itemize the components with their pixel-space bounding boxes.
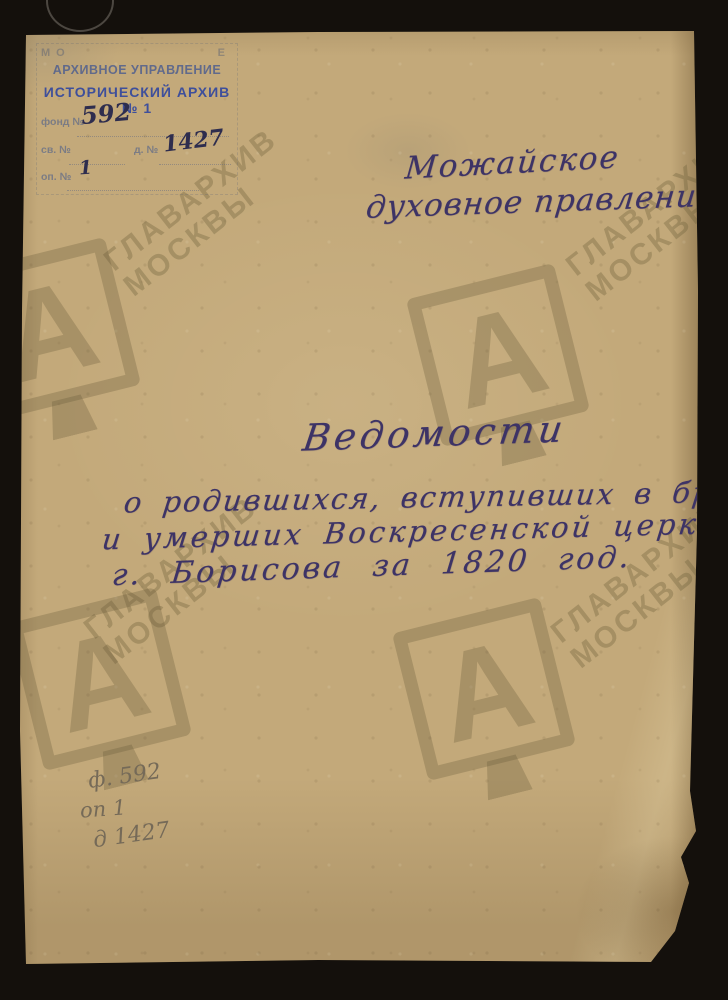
paper-cover: ГЛАВАРХИВ МОСКВЫ ГЛАВАРХИВ МОСКВЫ ГЛАВАР… — [18, 31, 698, 965]
stamp-line1: АРХИВНОЕ УПРАВЛЕНИЕ — [37, 63, 237, 77]
stamp-faded-right: Е — [218, 47, 231, 59]
pencil-delo-note: д 1427 — [92, 818, 172, 853]
stamp-svyazka-line — [69, 163, 125, 165]
stamp-line2: ИСТОРИЧЕСКИЙ АРХИВ № 1 — [37, 84, 237, 116]
stamp-faded-left: МО — [41, 47, 71, 59]
pencil-opis-note: оп 1 — [79, 795, 127, 822]
stamp-delo-label: д. № — [134, 144, 158, 156]
stamp-fond-value: 592 — [80, 97, 132, 130]
stamp-svyazka-label: св. № — [41, 144, 71, 156]
pencil-fond-note: ф. 592 — [87, 759, 163, 794]
stamp-delo-line — [159, 163, 231, 165]
scanner-arc-artifact — [46, 0, 114, 32]
stamp-opis-label: оп. № — [41, 171, 71, 183]
stamp-opis-value: 1 — [78, 157, 93, 180]
heading-line1: Можайское — [404, 139, 622, 186]
stamp-fond-label: фонд № — [41, 116, 84, 128]
archive-stamp: МО Е АРХИВНОЕ УПРАВЛЕНИЕ ИСТОРИЧЕСКИЙ АР… — [36, 43, 238, 195]
stamp-faded-row: МО Е — [41, 47, 231, 59]
stamp-opis-line — [67, 189, 199, 191]
stamp-delo-value: 1427 — [162, 124, 226, 157]
scanned-document: ГЛАВАРХИВ МОСКВЫ ГЛАВАРХИВ МОСКВЫ ГЛАВАР… — [0, 0, 728, 1000]
